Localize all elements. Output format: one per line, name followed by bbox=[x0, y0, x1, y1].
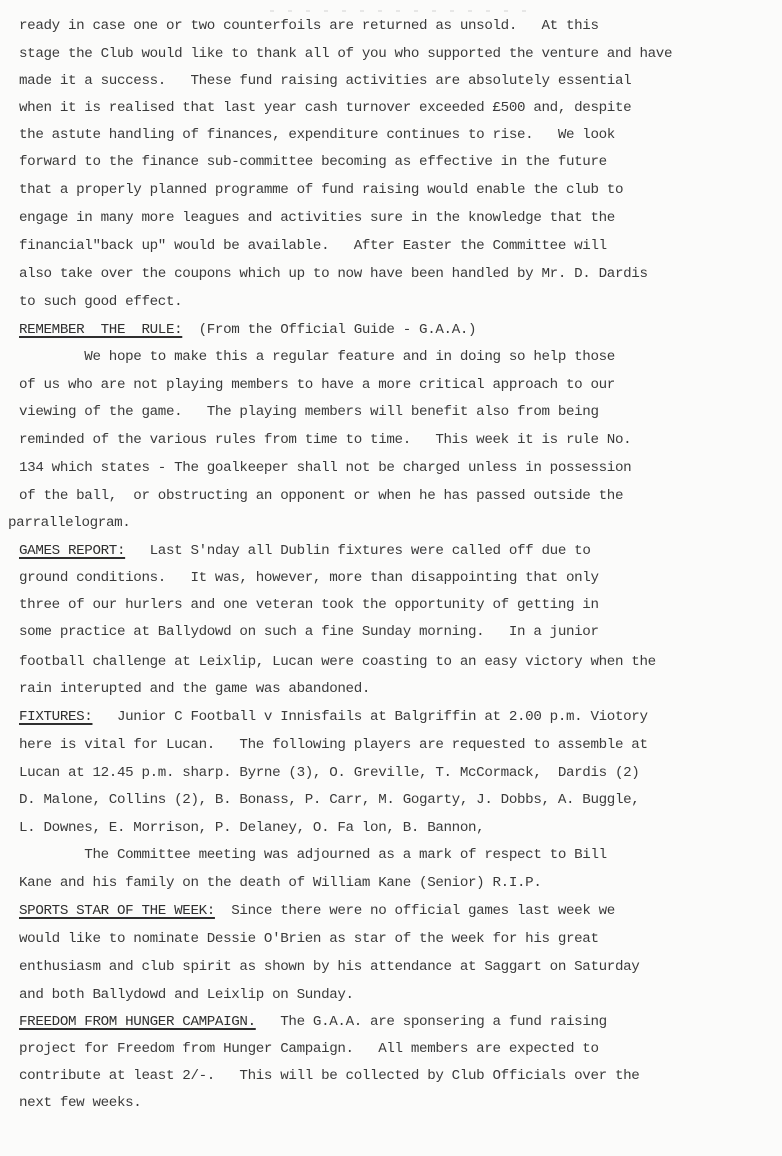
line-text: to such good effect. bbox=[19, 294, 182, 310]
line-text: ready in case one or two counterfoils ar… bbox=[19, 18, 599, 34]
line-text: financial"back up" would be available. A… bbox=[19, 238, 607, 254]
text-line: engage in many more leagues and activiti… bbox=[19, 209, 615, 227]
text-line: financial"back up" would be available. A… bbox=[19, 237, 607, 255]
text-line: Lucan at 12.45 p.m. sharp. Byrne (3), O.… bbox=[19, 764, 639, 782]
text-line: D. Malone, Collins (2), B. Bonass, P. Ca… bbox=[19, 791, 639, 809]
text-line: stage the Club would like to thank all o… bbox=[19, 45, 672, 63]
text-line: project for Freedom from Hunger Campaign… bbox=[19, 1040, 599, 1058]
section-heading: GAMES REPORT: bbox=[19, 543, 125, 559]
section-heading: REMEMBER THE RULE: bbox=[19, 322, 182, 338]
text-line: ground conditions. It was, however, more… bbox=[19, 569, 599, 587]
text-line: forward to the finance sub-committee bec… bbox=[19, 153, 607, 171]
line-text: enthusiasm and club spirit as shown by h… bbox=[19, 959, 639, 975]
text-line: and both Ballydowd and Leixlip on Sunday… bbox=[19, 986, 354, 1004]
line-text: The G.A.A. are sponsering a fund raising bbox=[256, 1014, 607, 1030]
section-heading: FIXTURES: bbox=[19, 709, 92, 725]
section-heading-line: FREEDOM FROM HUNGER CAMPAIGN. The G.A.A.… bbox=[19, 1013, 607, 1031]
text-line: ready in case one or two counterfoils ar… bbox=[19, 17, 599, 35]
section-heading: FREEDOM FROM HUNGER CAMPAIGN. bbox=[19, 1014, 256, 1030]
line-text: three of our hurlers and one veteran too… bbox=[19, 597, 599, 613]
text-line: reminded of the various rules from time … bbox=[19, 431, 631, 449]
line-text: of the ball, or obstructing an opponent … bbox=[19, 488, 623, 504]
line-text: here is vital for Lucan. The following p… bbox=[19, 737, 648, 753]
text-line: three of our hurlers and one veteran too… bbox=[19, 596, 599, 614]
line-text: Since there were no official games last … bbox=[215, 903, 615, 919]
text-line: here is vital for Lucan. The following p… bbox=[19, 736, 648, 754]
text-line: some practice at Ballydowd on such a fin… bbox=[19, 623, 599, 641]
line-text: forward to the finance sub-committee bec… bbox=[19, 154, 607, 170]
section-heading-line: REMEMBER THE RULE: (From the Official Gu… bbox=[19, 321, 476, 339]
text-line: when it is realised that last year cash … bbox=[19, 99, 631, 117]
text-line: rain interupted and the game was abandon… bbox=[19, 680, 370, 698]
line-text: and both Ballydowd and Leixlip on Sunday… bbox=[19, 987, 354, 1003]
line-text: would like to nominate Dessie O'Brien as… bbox=[19, 931, 599, 947]
line-text: ground conditions. It was, however, more… bbox=[19, 570, 599, 586]
line-text: engage in many more leagues and activiti… bbox=[19, 210, 615, 226]
text-line: viewing of the game. The playing members… bbox=[19, 403, 599, 421]
typewritten-page: ready in case one or two counterfoils ar… bbox=[0, 0, 782, 1156]
text-line: made it a success. These fund raising ac… bbox=[19, 72, 631, 90]
line-text: rain interupted and the game was abandon… bbox=[19, 681, 370, 697]
line-text: the astute handling of finances, expendi… bbox=[19, 127, 615, 143]
text-line: also take over the coupons which up to n… bbox=[19, 265, 648, 283]
line-text: Lucan at 12.45 p.m. sharp. Byrne (3), O.… bbox=[19, 765, 639, 781]
line-text: that a properly planned programme of fun… bbox=[19, 182, 623, 198]
line-text: D. Malone, Collins (2), B. Bonass, P. Ca… bbox=[19, 792, 639, 808]
text-line: The Committee meeting was adjourned as a… bbox=[19, 846, 607, 864]
line-text: reminded of the various rules from time … bbox=[19, 432, 631, 448]
text-line: of the ball, or obstructing an opponent … bbox=[19, 487, 623, 505]
line-text: when it is realised that last year cash … bbox=[19, 100, 631, 116]
line-text: Junior C Football v Innisfails at Balgri… bbox=[92, 709, 647, 725]
text-line: We hope to make this a regular feature a… bbox=[19, 348, 615, 366]
line-text: parrallelogram. bbox=[8, 515, 130, 531]
line-text: 134 which states - The goalkeeper shall … bbox=[19, 460, 631, 476]
line-text: L. Downes, E. Morrison, P. Delaney, O. F… bbox=[19, 820, 484, 836]
section-heading: SPORTS STAR OF THE WEEK: bbox=[19, 903, 215, 919]
text-line: of us who are not playing members to hav… bbox=[19, 376, 615, 394]
line-text: We hope to make this a regular feature a… bbox=[19, 349, 615, 365]
text-line: enthusiasm and club spirit as shown by h… bbox=[19, 958, 639, 976]
show-through-marks bbox=[270, 10, 530, 12]
text-line: the astute handling of finances, expendi… bbox=[19, 126, 615, 144]
text-line: next few weeks. bbox=[19, 1094, 141, 1112]
line-text: The Committee meeting was adjourned as a… bbox=[19, 847, 607, 863]
section-heading-line: SPORTS STAR OF THE WEEK: Since there wer… bbox=[19, 902, 615, 920]
line-text: project for Freedom from Hunger Campaign… bbox=[19, 1041, 599, 1057]
line-text: some practice at Ballydowd on such a fin… bbox=[19, 624, 599, 640]
line-text: (From the Official Guide - G.A.A.) bbox=[182, 322, 476, 338]
line-text: contribute at least 2/-. This will be co… bbox=[19, 1068, 639, 1084]
section-heading-line: GAMES REPORT: Last S'nday all Dublin fix… bbox=[19, 542, 590, 560]
line-text: next few weeks. bbox=[19, 1095, 141, 1111]
text-line: Kane and his family on the death of Will… bbox=[19, 874, 542, 892]
text-line: that a properly planned programme of fun… bbox=[19, 181, 623, 199]
text-line: contribute at least 2/-. This will be co… bbox=[19, 1067, 639, 1085]
line-text: also take over the coupons which up to n… bbox=[19, 266, 648, 282]
text-line: football challenge at Leixlip, Lucan wer… bbox=[19, 653, 656, 671]
text-line: L. Downes, E. Morrison, P. Delaney, O. F… bbox=[19, 819, 484, 837]
line-text: football challenge at Leixlip, Lucan wer… bbox=[19, 654, 656, 670]
line-text: viewing of the game. The playing members… bbox=[19, 404, 599, 420]
text-line: would like to nominate Dessie O'Brien as… bbox=[19, 930, 599, 948]
line-text: Last S'nday all Dublin fixtures were cal… bbox=[125, 543, 590, 559]
line-text: stage the Club would like to thank all o… bbox=[19, 46, 672, 62]
line-text: of us who are not playing members to hav… bbox=[19, 377, 615, 393]
text-line: 134 which states - The goalkeeper shall … bbox=[19, 459, 631, 477]
section-heading-line: FIXTURES: Junior C Football v Innisfails… bbox=[19, 708, 648, 726]
line-text: made it a success. These fund raising ac… bbox=[19, 73, 631, 89]
line-text: Kane and his family on the death of Will… bbox=[19, 875, 542, 891]
text-line: to such good effect. bbox=[19, 293, 182, 311]
text-line: parrallelogram. bbox=[8, 514, 130, 532]
